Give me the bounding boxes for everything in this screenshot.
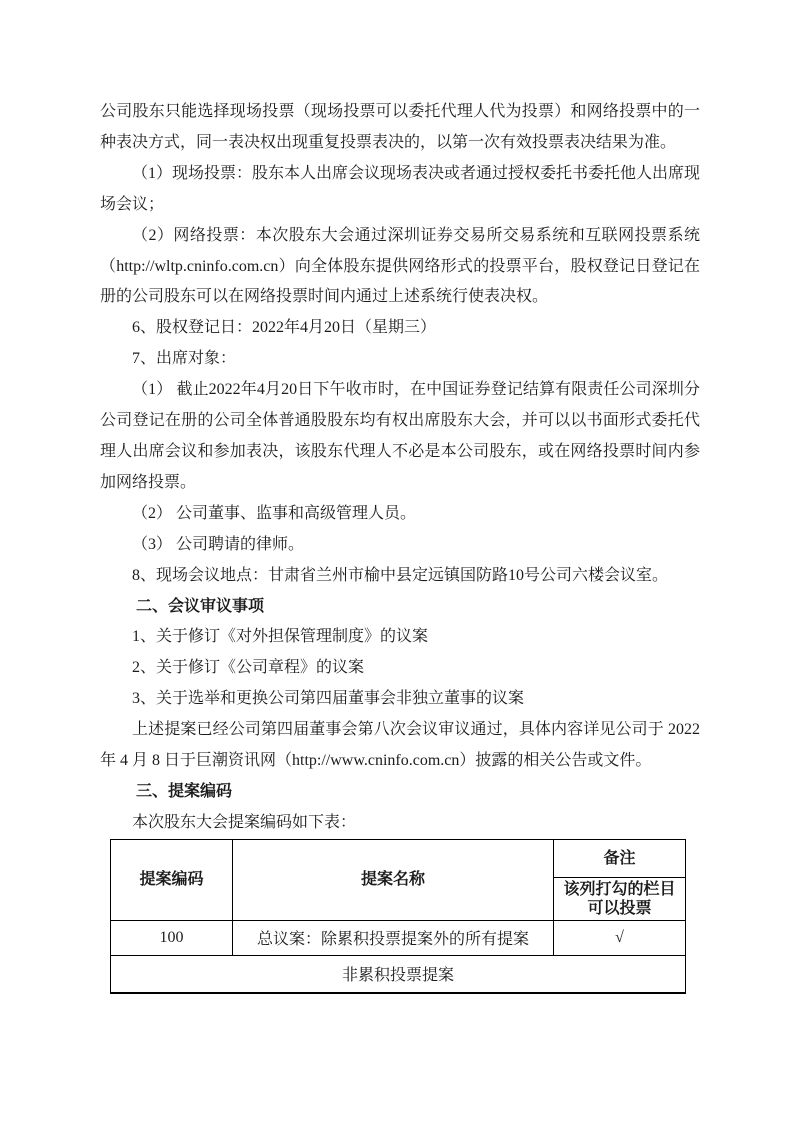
paragraph-proposal-3: 3、关于选举和更换公司第四届董事会非独立董事的议案 [100, 684, 700, 715]
table-header-remark: 备注 [554, 839, 686, 877]
table-row: 100 总议案：除累积投票提案外的所有提案 √ [111, 920, 686, 955]
paragraph-attendees-shareholders: （1） 截止2022年4月20日下午收市时，在中国证券登记结算有限责任公司深圳分… [100, 375, 700, 499]
cell-proposal-name: 总议案：除累积投票提案外的所有提案 [233, 920, 554, 955]
proposal-code-table-wrapper: 提案编码 提案名称 备注 该列打勾的栏目可以投票 100 总议案：除累积投票提案… [110, 839, 700, 994]
table-header-remark-subnote: 该列打勾的栏目可以投票 [554, 877, 686, 920]
paragraph-proposal-2: 2、关于修订《公司章程》的议案 [100, 653, 700, 684]
paragraph-meeting-venue: 8、现场会议地点：甘肃省兰州市榆中县定远镇国防路10号公司六楼会议室。 [100, 561, 700, 592]
section-heading-proposal-code: 三、提案编码 [100, 777, 700, 808]
paragraph-proposal-1: 1、关于修订《对外担保管理制度》的议案 [100, 622, 700, 653]
table-row: 非累积投票提案 [111, 955, 686, 993]
paragraph-attendees-directors: （2） 公司董事、监事和高级管理人员。 [100, 499, 700, 530]
paragraph-attendees-title: 7、出席对象： [100, 344, 700, 375]
paragraph-record-date: 6、股权登记日：2022年4月20日（星期三） [100, 313, 700, 344]
paragraph-onsite-voting: （1）现场投票：股东本人出席会议现场表决或者通过授权委托书委托他人出席现场会议； [100, 159, 700, 221]
paragraph-table-intro: 本次股东大会提案编码如下表： [100, 808, 700, 839]
proposal-code-table: 提案编码 提案名称 备注 该列打勾的栏目可以投票 100 总议案：除累积投票提案… [110, 839, 686, 994]
cell-proposal-code: 100 [111, 920, 233, 955]
cell-votable-checkmark: √ [554, 920, 686, 955]
section-heading-review-matters: 二、会议审议事项 [100, 592, 700, 623]
paragraph-attendees-lawyers: （3） 公司聘请的律师。 [100, 530, 700, 561]
paragraph-board-approval: 上述提案已经公司第四届董事会第八次会议审议通过，具体内容详见公司于 2022 年… [100, 715, 700, 777]
paragraph-online-voting: （2）网络投票：本次股东大会通过深圳证券交易所交易系统和互联网投票系统（http… [100, 221, 700, 314]
table-header-proposal-code: 提案编码 [111, 839, 233, 920]
cell-non-cumulative-label: 非累积投票提案 [111, 955, 686, 993]
table-header-proposal-name: 提案名称 [233, 839, 554, 920]
paragraph-voting-method: 公司股东只能选择现场投票（现场投票可以委托代理人代为投票）和网络投票中的一种表决… [100, 97, 700, 159]
document-page: 公司股东只能选择现场投票（现场投票可以委托代理人代为投票）和网络投票中的一种表决… [0, 0, 793, 1122]
